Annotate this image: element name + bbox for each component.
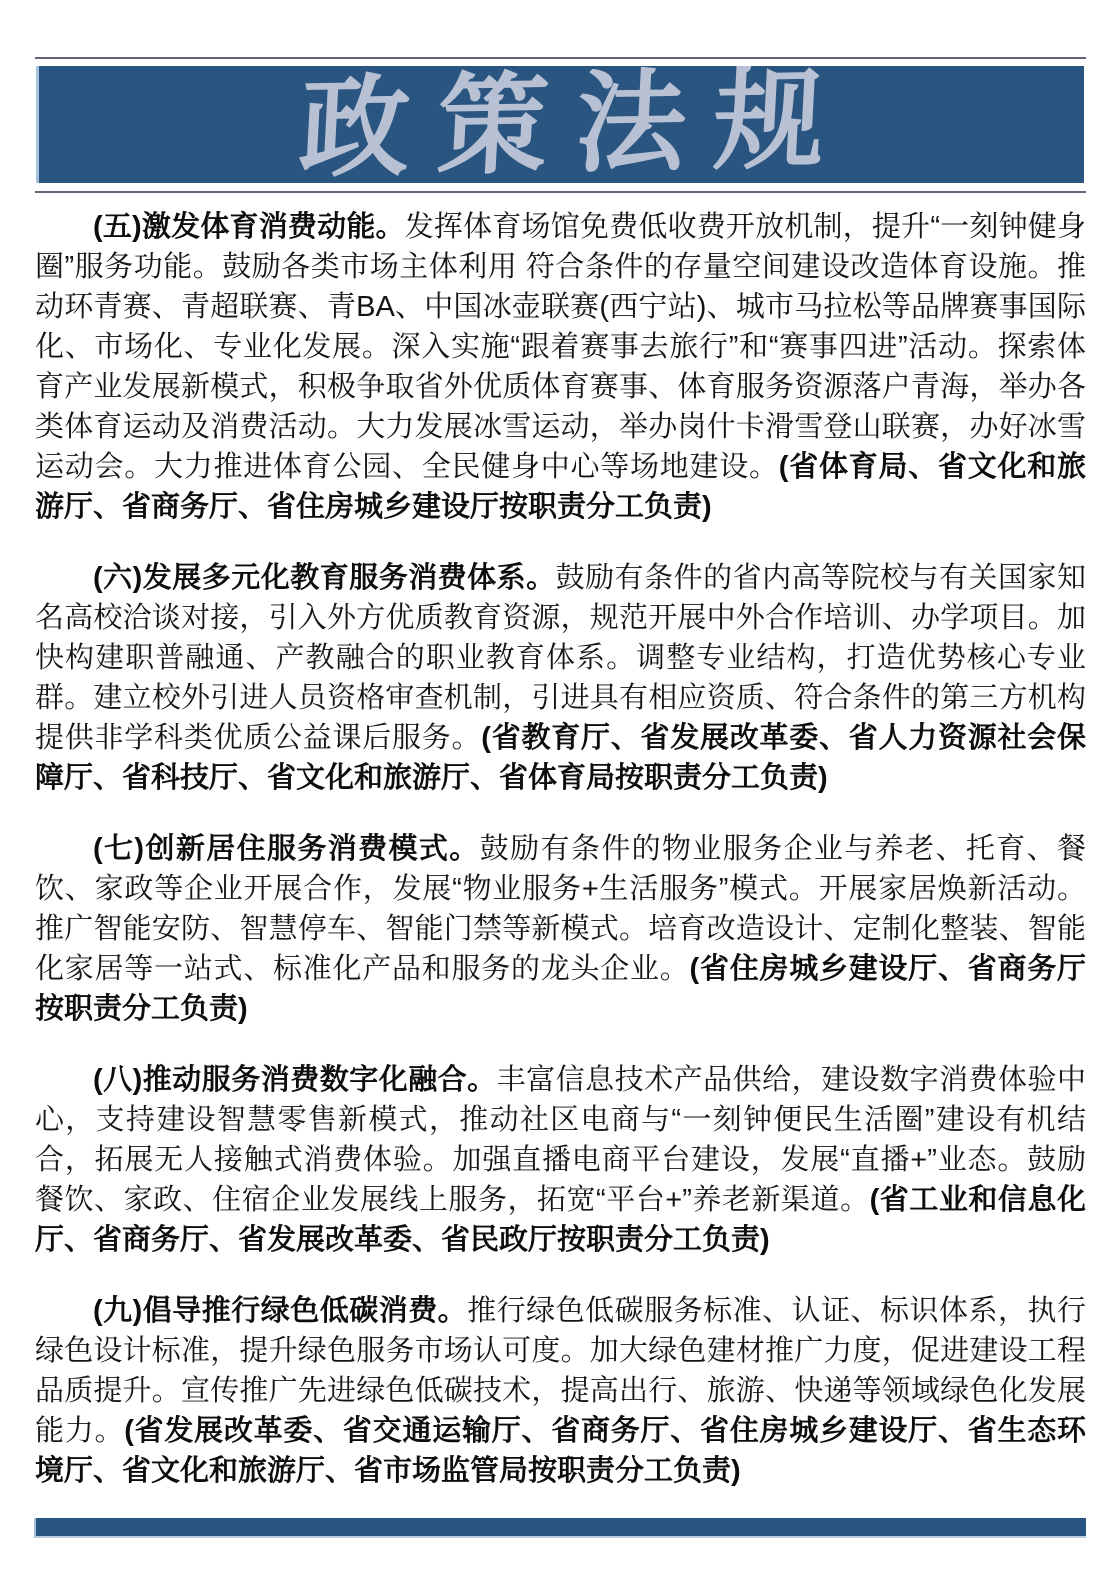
document-page: 政策法规 (五)激发体育消费动能。发挥体育场馆免费低收费开放机制，提升“一刻钟健… [0, 0, 1119, 1584]
paragraph-item-8: (八)推动服务消费数字化融合。丰富信息技术产品供给，建设数字消费体验中心，支持建… [35, 1060, 1086, 1260]
top-divider [35, 57, 1086, 59]
paragraph-5-heading: (五)激发体育消费动能。 [93, 211, 405, 243]
title-banner: 政策法规 [36, 66, 1084, 183]
paragraph-item-5: (五)激发体育消费动能。发挥体育场馆免费低收费开放机制，提升“一刻钟健身圈”服务… [35, 207, 1086, 527]
paragraph-9-heading: (九)倡导推行绿色低碳消费。 [93, 1295, 467, 1327]
paragraph-6-heading: (六)发展多元化教育服务消费体系。 [93, 562, 556, 594]
paragraph-item-9: (九)倡导推行绿色低碳消费。推行绿色低碳服务标准、认证、标识体系，执行绿色设计标… [35, 1291, 1086, 1491]
paragraph-item-7: (七)创新居住服务消费模式。鼓励有条件的物业服务企业与养老、托育、餐饮、家政等企… [35, 829, 1086, 1029]
paragraph-item-6: (六)发展多元化教育服务消费体系。鼓励有条件的省内高等院校与有关国家知名高校洽谈… [35, 558, 1086, 798]
banner-bottom-divider [35, 191, 1086, 193]
paragraph-5-body: 发挥体育场馆免费低收费开放机制，提升“一刻钟健身圈”服务功能。鼓励各类市场主体利… [35, 211, 1086, 483]
page-title: 政策法规 [268, 66, 854, 183]
paragraph-7-heading: (七)创新居住服务消费模式。 [93, 833, 480, 865]
footer-bar [34, 1518, 1086, 1538]
paragraph-8-heading: (八)推动服务消费数字化融合。 [93, 1064, 497, 1096]
policy-article: (五)激发体育消费动能。发挥体育场馆免费低收费开放机制，提升“一刻钟健身圈”服务… [35, 207, 1086, 1522]
paragraph-9-responsibility: (省发展改革委、省交通运输厅、省商务厅、省住房城乡建设厅、省生态环境厅、省文化和… [35, 1415, 1086, 1487]
